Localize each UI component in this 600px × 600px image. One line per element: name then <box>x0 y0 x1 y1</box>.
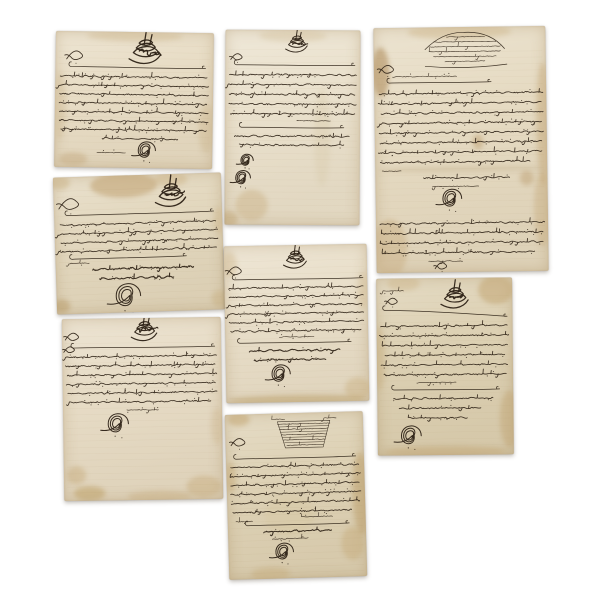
diacritic-dot <box>355 292 356 293</box>
diacritic-dot <box>294 105 295 106</box>
diacritic-dot <box>429 254 430 255</box>
laid-line <box>380 405 511 407</box>
diacritic-dot <box>445 383 446 384</box>
diacritic-dot <box>116 385 117 386</box>
diacritic-dot <box>263 303 264 304</box>
diacritic-dot <box>465 347 466 348</box>
seal-text-row <box>429 41 500 50</box>
diacritic-dot <box>176 269 177 270</box>
laid-line <box>228 344 365 346</box>
diacritic-dot <box>272 77 273 78</box>
diacritic-dot <box>173 228 174 229</box>
flourish-stroke <box>65 51 83 60</box>
diacritic-dot <box>232 501 233 502</box>
laid-line <box>380 386 511 388</box>
manuscript-document-6-middle-right-leaf <box>376 277 514 455</box>
diacritic-dot <box>526 153 527 154</box>
laid-line <box>66 393 219 395</box>
diacritic-dot <box>410 74 411 75</box>
diacritic-dot <box>429 130 430 131</box>
diacritic-dot <box>289 540 290 541</box>
laid-line <box>378 148 543 150</box>
diacritic-dot <box>317 106 318 107</box>
diacritic-dot <box>333 293 334 294</box>
diacritic-dot <box>212 380 213 381</box>
laid-line <box>380 347 511 349</box>
laid-line <box>377 63 542 65</box>
diacritic-dot <box>267 464 268 465</box>
handwritten-text-line <box>63 351 217 360</box>
diacritic-dot <box>84 122 85 123</box>
diacritic-dot <box>169 131 170 132</box>
script-stroke <box>67 369 216 379</box>
diacritic-dot <box>476 90 477 91</box>
diacritic-dot <box>321 484 322 485</box>
diacritic-dot <box>511 119 512 120</box>
diacritic-dot <box>275 361 276 362</box>
script-stroke <box>55 225 218 238</box>
diacritic-dot <box>311 356 312 357</box>
laid-line <box>379 219 544 222</box>
diacritic-dot <box>151 269 152 270</box>
diacritic-dot <box>498 178 499 179</box>
laid-line <box>380 425 511 427</box>
flourish-dot <box>70 354 71 355</box>
diacritic-dot <box>425 377 426 378</box>
laid-line <box>229 363 366 366</box>
diacritic-dot <box>256 325 257 326</box>
handwritten-text-line <box>230 470 360 480</box>
laid-line <box>229 467 361 471</box>
script-stroke <box>229 317 363 324</box>
diacritic-dot <box>527 103 528 104</box>
signature-dot <box>282 562 283 563</box>
ruled-divider-line <box>387 77 491 83</box>
handwritten-text-line <box>61 124 206 134</box>
diacritic-dot <box>72 386 73 387</box>
laid-line <box>59 270 220 275</box>
signature-scribble <box>132 142 156 163</box>
diacritic-dot <box>439 144 440 145</box>
laid-line <box>67 433 220 435</box>
document-ink-layer <box>373 26 548 273</box>
header-calligraphy-emblem <box>441 280 468 309</box>
diacritic-dot <box>132 276 133 277</box>
handwritten-text-line <box>100 273 174 282</box>
diacritic-dot <box>240 316 241 317</box>
diacritic-dot <box>384 101 385 102</box>
diacritic-dot <box>468 244 469 245</box>
laid-line <box>227 298 364 301</box>
handwritten-text-line <box>393 394 493 402</box>
diacritic-dot <box>82 358 83 359</box>
diacritic-dot <box>171 366 172 367</box>
handwritten-text-line <box>66 397 210 406</box>
ruled-divider-line <box>234 451 356 459</box>
diacritic-dot <box>409 110 410 111</box>
diacritic-dot <box>466 95 467 96</box>
laid-line <box>66 380 219 382</box>
laid-line <box>58 231 219 236</box>
diacritic-dot <box>203 222 204 223</box>
laid-line <box>59 258 220 263</box>
signature-scribble <box>436 189 462 212</box>
diacritic-dot <box>193 245 194 246</box>
diacritic-dot <box>490 333 491 334</box>
diacritic-dot <box>116 358 117 359</box>
diacritic-dot <box>88 127 89 128</box>
diacritic-dot <box>131 101 132 102</box>
diacritic-dot <box>400 144 401 145</box>
signature-dot <box>121 437 122 438</box>
diacritic-dot <box>85 73 86 74</box>
emblem-stroke <box>143 317 145 325</box>
handwritten-text-line <box>379 88 543 98</box>
laid-line <box>379 200 544 203</box>
diacritic-dot <box>446 332 447 333</box>
laid-line <box>228 337 365 340</box>
handwritten-text-line <box>55 225 218 238</box>
diacritic-dot <box>322 315 323 316</box>
diacritic-dot <box>349 296 350 297</box>
diacritic-dot <box>450 383 451 384</box>
laid-line <box>380 438 511 440</box>
diacritic-dot <box>293 302 294 303</box>
laid-line <box>59 44 211 47</box>
ink-stain <box>379 165 544 173</box>
laid-line <box>60 297 221 302</box>
diacritic-dot <box>93 86 94 87</box>
diacritic-dot <box>440 383 441 384</box>
diacritic-dot <box>121 114 122 115</box>
diacritic-dot <box>394 372 395 373</box>
diacritic-dot <box>452 180 453 181</box>
diacritic-dot <box>175 101 176 102</box>
ink-stain <box>408 26 511 40</box>
diacritic-dot <box>451 400 452 401</box>
diacritic-dot <box>457 101 458 102</box>
diacritic-dot <box>456 124 457 125</box>
divider-stroke <box>234 60 355 66</box>
ink-stain <box>53 299 70 313</box>
laid-line <box>57 206 218 211</box>
ink-stain <box>387 277 420 291</box>
diacritic-dot <box>265 311 266 312</box>
diacritic-dot <box>507 175 508 176</box>
diacritic-dot <box>330 489 331 490</box>
diacritic-dot <box>124 358 125 359</box>
laid-line <box>58 142 210 144</box>
diacritic-dot <box>312 472 313 473</box>
laid-line <box>67 439 220 442</box>
diacritic-dot <box>517 224 518 225</box>
handwritten-text-line <box>59 97 207 107</box>
diacritic-dot <box>155 79 156 80</box>
diacritic-dot <box>300 284 301 285</box>
script-stroke <box>102 135 178 141</box>
signature-scribble <box>100 414 128 439</box>
diacritic-dot <box>133 358 134 359</box>
diacritic-dot <box>340 147 341 148</box>
diacritic-dot <box>325 115 326 116</box>
diacritic-dot <box>440 164 441 165</box>
script-stroke <box>229 103 356 108</box>
diacritic-dot <box>394 111 395 112</box>
laid-line <box>230 486 362 490</box>
flourish-dot <box>442 271 443 272</box>
diacritic-dot <box>279 329 280 330</box>
diacritic-dot <box>229 290 230 291</box>
laid-line <box>228 82 358 83</box>
divider-stroke <box>387 77 491 83</box>
diacritic-dot <box>521 143 522 144</box>
laid-line <box>227 272 364 275</box>
signature-dot <box>244 167 245 168</box>
diacritic-dot <box>274 316 275 317</box>
diacritic-dot <box>98 82 99 83</box>
diacritic-dot <box>348 106 349 107</box>
script-stroke <box>56 80 209 90</box>
diacritic-dot <box>392 333 393 334</box>
ruled-divider-line <box>392 384 500 390</box>
diacritic-dot <box>174 384 175 385</box>
diacritic-dot <box>316 328 317 329</box>
diacritic-dot <box>244 312 245 313</box>
laid-line <box>377 76 542 79</box>
diacritic-dot <box>458 140 459 141</box>
laid-line <box>228 49 358 50</box>
flourish-dot <box>392 307 393 308</box>
diacritic-dot <box>237 474 238 475</box>
diacritic-dot <box>458 159 459 160</box>
script-stroke <box>59 97 207 107</box>
diacritic-dot <box>244 111 245 112</box>
handwritten-text-line <box>56 80 209 90</box>
diacritic-dot <box>424 343 425 344</box>
laid-line <box>228 107 358 108</box>
diacritic-dot <box>151 83 152 84</box>
handwritten-text-line <box>230 109 354 118</box>
script-stroke <box>66 260 89 267</box>
diacritic-dot <box>523 129 524 130</box>
laid-line <box>228 140 358 141</box>
laid-line <box>380 367 511 369</box>
diacritic-dot <box>277 486 278 487</box>
laid-line <box>58 122 210 125</box>
small-script-line <box>236 517 253 524</box>
diacritic-dot <box>417 376 418 377</box>
signature-stroke <box>236 154 253 165</box>
diacritic-dot <box>279 76 280 77</box>
diacritic-dot <box>511 103 512 104</box>
manuscript-document-8-bottom-middle-leaf <box>225 411 368 580</box>
signature-stroke <box>269 543 294 559</box>
laid-line <box>228 318 365 321</box>
diacritic-dot <box>336 112 337 113</box>
signature-stroke <box>265 365 290 382</box>
script-stroke <box>408 414 467 421</box>
diacritic-dot <box>384 338 385 339</box>
diacritic-dot <box>531 253 532 254</box>
diacritic-dot <box>90 127 91 128</box>
diacritic-dot <box>78 74 79 75</box>
flourish-dot <box>237 62 238 63</box>
ink-stain <box>59 152 88 166</box>
signature-dot <box>455 211 456 212</box>
diacritic-dot <box>281 540 282 541</box>
marginal-flourish <box>65 51 83 64</box>
diacritic-dot <box>304 323 305 324</box>
flourish-stroke <box>229 54 242 60</box>
manuscript-document-3-top-right-leaf <box>373 26 548 273</box>
diacritic-dot <box>71 227 72 228</box>
diacritic-dot <box>251 477 252 478</box>
diacritic-dot <box>485 162 486 163</box>
signature-stroke <box>394 426 421 444</box>
diacritic-dot <box>402 358 403 359</box>
diacritic-dot <box>412 372 413 373</box>
laid-line <box>228 56 358 57</box>
handwritten-text-line <box>408 414 467 421</box>
diacritic-dot <box>527 229 528 230</box>
laid-line <box>58 212 219 217</box>
diacritic-dot <box>410 357 411 358</box>
flourish-dot <box>235 278 236 279</box>
diacritic-dot <box>452 131 453 132</box>
script-stroke <box>379 331 508 337</box>
diacritic-dot <box>334 489 335 490</box>
diacritic-dot <box>433 384 434 385</box>
emblem-stroke <box>294 244 295 254</box>
script-stroke <box>236 517 253 522</box>
diacritic-dot <box>312 115 313 116</box>
handwritten-text-line <box>229 90 355 98</box>
paper-stains <box>66 408 223 501</box>
diacritic-dot <box>93 74 94 75</box>
laid-line <box>379 187 544 190</box>
ink-stain <box>373 219 407 273</box>
script-stroke <box>229 71 356 79</box>
diacritic-dot <box>330 92 331 93</box>
handwritten-text-line <box>249 346 340 355</box>
diacritic-dot <box>98 404 99 405</box>
diacritic-dot <box>414 362 415 363</box>
laid-line <box>66 387 219 389</box>
diacritic-dot <box>125 372 126 373</box>
diacritic-dot <box>347 488 348 489</box>
diacritic-dot <box>324 512 325 513</box>
laid-line <box>58 135 210 138</box>
diacritic-dot <box>332 288 333 289</box>
ink-stain <box>224 252 237 277</box>
document-ink-layer <box>224 244 370 403</box>
handwritten-text-line <box>377 118 541 127</box>
handwritten-text-line <box>380 137 542 146</box>
diacritic-dot <box>88 226 89 227</box>
diacritic-dot <box>425 241 426 242</box>
laid-line <box>380 392 511 394</box>
diacritic-dot <box>84 400 85 401</box>
diacritic-dot <box>293 289 294 290</box>
diacritic-dot <box>440 419 441 420</box>
diacritic-dot <box>320 348 321 349</box>
diacritic-dot <box>203 353 204 354</box>
laid-line <box>379 321 510 323</box>
diacritic-dot <box>252 501 253 502</box>
script-stroke <box>66 380 215 388</box>
diacritic-dot <box>449 120 450 121</box>
handwritten-text-line <box>229 71 356 79</box>
diacritic-dot <box>302 105 303 106</box>
diacritic-dot <box>301 482 302 483</box>
diacritic-dot <box>184 132 185 133</box>
laid-line <box>228 305 365 308</box>
laid-line <box>228 101 358 102</box>
diacritic-dot <box>437 230 438 231</box>
laid-line <box>67 458 220 460</box>
diacritic-dot <box>337 105 338 106</box>
diacritic-dot <box>126 75 127 76</box>
diacritic-dot <box>419 338 420 339</box>
diacritic-dot <box>521 119 522 120</box>
laid-line <box>380 431 511 433</box>
diacritic-dot <box>411 348 412 349</box>
script-stroke <box>380 137 542 146</box>
diacritic-dot <box>421 105 422 106</box>
ink-stain <box>224 211 238 225</box>
document-ink-layer <box>224 30 360 226</box>
diacritic-dot <box>491 400 492 401</box>
signature-dot <box>115 436 116 437</box>
signature-scribble <box>394 426 421 450</box>
diacritic-dot <box>302 347 303 348</box>
diacritic-dot <box>239 329 240 330</box>
diacritic-dot <box>254 92 255 93</box>
diacritic-dot <box>339 297 340 298</box>
diacritic-dot <box>460 91 461 92</box>
signature-scribble <box>265 365 290 388</box>
diacritic-dot <box>187 353 188 354</box>
handwritten-text-line <box>381 107 543 117</box>
diacritic-dot <box>458 150 459 151</box>
diacritic-dot <box>190 236 191 237</box>
ink-stain <box>535 62 548 185</box>
signature-dot <box>240 186 241 187</box>
diacritic-dot <box>381 160 382 161</box>
diacritic-dot <box>146 132 147 133</box>
laid-line <box>379 213 544 215</box>
handwritten-text-line <box>231 326 361 335</box>
laid-line <box>66 413 219 415</box>
diacritic-dot <box>151 229 152 230</box>
divider-stroke <box>234 451 356 459</box>
laid-line <box>58 90 210 93</box>
laid-line <box>58 149 210 151</box>
diacritic-dot <box>140 265 141 266</box>
diacritic-dot <box>312 297 313 298</box>
diacritic-dot <box>294 328 295 329</box>
diacritic-dot <box>434 372 435 373</box>
diacritic-dot <box>95 358 96 359</box>
diacritic-dot <box>185 385 186 386</box>
diacritic-dot <box>448 73 449 74</box>
diacritic-dot <box>209 353 210 354</box>
diacritic-dot <box>412 250 413 251</box>
diacritic-dot <box>486 220 487 221</box>
laid-line <box>228 134 358 135</box>
diacritic-dot <box>81 253 82 254</box>
diacritic-dot <box>240 289 241 290</box>
